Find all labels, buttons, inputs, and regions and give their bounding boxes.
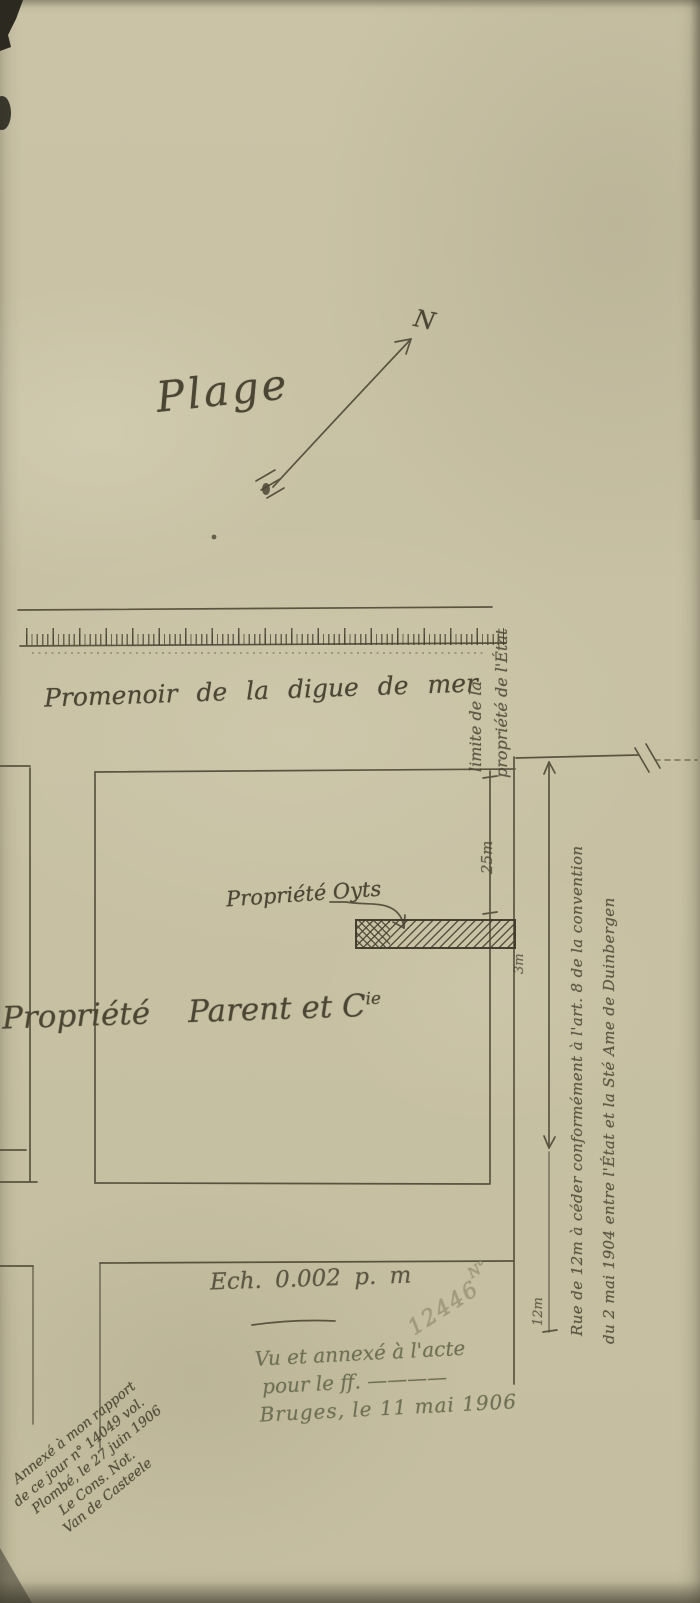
dimension-25m-label: 25m	[478, 816, 496, 874]
dike-boundary-note-line1: limite de la	[466, 587, 485, 772]
dim-bracket-line	[516, 755, 638, 758]
dim-end-tick	[543, 1330, 557, 1332]
dimension-12m-label: 12m	[531, 1280, 546, 1326]
dim-hash-marks	[635, 744, 660, 772]
scale-underline	[252, 1321, 335, 1326]
north-arrow-ink-blob	[262, 483, 270, 495]
parent-parcel-word1: Propriété	[1, 995, 150, 1036]
scan-blob-top-left	[0, 0, 23, 51]
scanned-survey-plan: Plage N Promenoir de la digue de mer lim…	[0, 0, 700, 1603]
north-arrow-shaft	[273, 339, 411, 487]
north-arrow-feathers	[256, 470, 284, 498]
convention-note-line2: du 2 mai 1904 entre l'État et la Sté Ame…	[600, 744, 618, 1344]
hatched-building-strip	[355, 919, 516, 949]
ruler-dotted-shadow	[32, 652, 487, 654]
ink-dot	[212, 535, 217, 540]
parent-box-bottom	[95, 1183, 490, 1184]
ruler-minor-ticks	[26, 634, 504, 645]
parent-parcel-superscript: ie	[365, 989, 381, 1010]
dike-boundary-note-line2: propriété de l'État	[492, 486, 511, 778]
ruler-top-line	[18, 607, 492, 610]
dimension-3m-label: 3m	[512, 932, 527, 974]
crosshatched-segment	[357, 921, 390, 947]
lower-box-top	[100, 1261, 514, 1263]
scan-shade-bottom-left	[0, 1548, 32, 1603]
convention-note-line1: Rue de 12m à céder conformément à l'art.…	[568, 761, 586, 1336]
parent-box-top	[95, 769, 515, 772]
green-visa-block: Vu et annexé à l'acte pour le ff. ———— B…	[254, 1331, 518, 1428]
scan-blob-left-edge	[0, 96, 11, 130]
parent-parcel-word2: Parent et C	[187, 988, 366, 1030]
